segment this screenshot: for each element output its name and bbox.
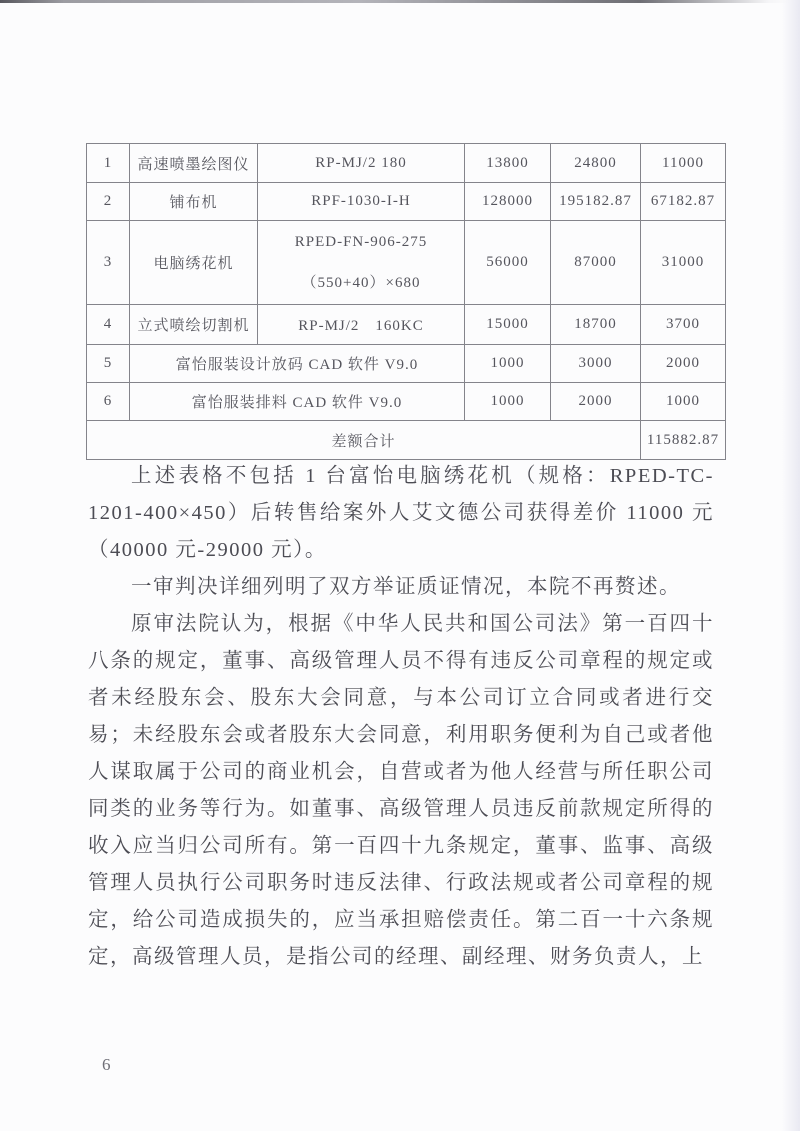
cell-model: RPF-1030-I-H (258, 183, 465, 221)
scan-edge-artifact-top (0, 0, 800, 3)
cell-model: RPED-FN-906-275 （550+40）×680 (258, 221, 465, 305)
model-line-2: （550+40）×680 (258, 263, 464, 304)
page-number: 6 (102, 1055, 111, 1075)
cell-original-value: 1000 (465, 345, 551, 383)
table-row: 3 电脑绣花机 RPED-FN-906-275 （550+40）×680 560… (87, 221, 726, 305)
table-row: 6 富怡服装排料 CAD 软件 V9.0 1000 2000 1000 (87, 383, 726, 421)
scanned-document-page: 1 高速喷墨绘图仪 RP-MJ/2 180 13800 24800 11000 … (0, 0, 800, 1131)
cell-row-number: 6 (87, 383, 130, 421)
cell-row-number: 2 (87, 183, 130, 221)
cell-original-value: 56000 (465, 221, 551, 305)
cell-model: RP-MJ/2 160KC (258, 305, 465, 345)
cell-difference: 31000 (641, 221, 726, 305)
cell-total-label: 差额合计 (87, 421, 641, 460)
cell-difference: 1000 (641, 383, 726, 421)
cell-equipment-name-merged: 富怡服装排料 CAD 软件 V9.0 (130, 383, 465, 421)
cell-equipment-name: 电脑绣花机 (130, 221, 258, 305)
paragraph-table-note: 上述表格不包括 1 台富怡电脑绣花机（规格：RPED-TC-1201-400×4… (88, 458, 714, 569)
paragraph-evidence-note: 一审判决详细列明了双方举证质证情况，本院不再赘述。 (88, 569, 714, 606)
cell-assessed-value: 87000 (551, 221, 641, 305)
cell-difference: 67182.87 (641, 183, 726, 221)
cell-row-number: 3 (87, 221, 130, 305)
model-line-1: RPED-FN-906-275 (258, 222, 464, 263)
table-row: 2 铺布机 RPF-1030-I-H 128000 195182.87 6718… (87, 183, 726, 221)
cell-original-value: 1000 (465, 383, 551, 421)
cell-row-number: 5 (87, 345, 130, 383)
cell-original-value: 128000 (465, 183, 551, 221)
cell-equipment-name-merged: 富怡服装设计放码 CAD 软件 V9.0 (130, 345, 465, 383)
cell-model: RP-MJ/2 180 (258, 144, 465, 183)
cell-equipment-name: 铺布机 (130, 183, 258, 221)
cell-difference: 11000 (641, 144, 726, 183)
scan-edge-shadow-right (782, 0, 800, 1131)
cell-total-value: 115882.87 (641, 421, 726, 460)
table-total-row: 差额合计 115882.87 (87, 421, 726, 460)
judgment-body-text: 上述表格不包括 1 台富怡电脑绣花机（规格：RPED-TC-1201-400×4… (88, 458, 714, 976)
cell-assessed-value: 24800 (551, 144, 641, 183)
cell-equipment-name: 立式喷绘切割机 (130, 305, 258, 345)
cell-assessed-value: 2000 (551, 383, 641, 421)
paragraph-court-opinion: 原审法院认为，根据《中华人民共和国公司法》第一百四十八条的规定，董事、高级管理人… (88, 606, 714, 976)
cell-original-value: 15000 (465, 305, 551, 345)
equipment-price-table: 1 高速喷墨绘图仪 RP-MJ/2 180 13800 24800 11000 … (86, 143, 726, 460)
cell-assessed-value: 3000 (551, 345, 641, 383)
cell-row-number: 4 (87, 305, 130, 345)
cell-row-number: 1 (87, 144, 130, 183)
cell-equipment-name: 高速喷墨绘图仪 (130, 144, 258, 183)
cell-difference: 2000 (641, 345, 726, 383)
cell-assessed-value: 195182.87 (551, 183, 641, 221)
table-row: 5 富怡服装设计放码 CAD 软件 V9.0 1000 3000 2000 (87, 345, 726, 383)
cell-original-value: 13800 (465, 144, 551, 183)
table-row: 4 立式喷绘切割机 RP-MJ/2 160KC 15000 18700 3700 (87, 305, 726, 345)
cell-difference: 3700 (641, 305, 726, 345)
cell-assessed-value: 18700 (551, 305, 641, 345)
table-row: 1 高速喷墨绘图仪 RP-MJ/2 180 13800 24800 11000 (87, 144, 726, 183)
